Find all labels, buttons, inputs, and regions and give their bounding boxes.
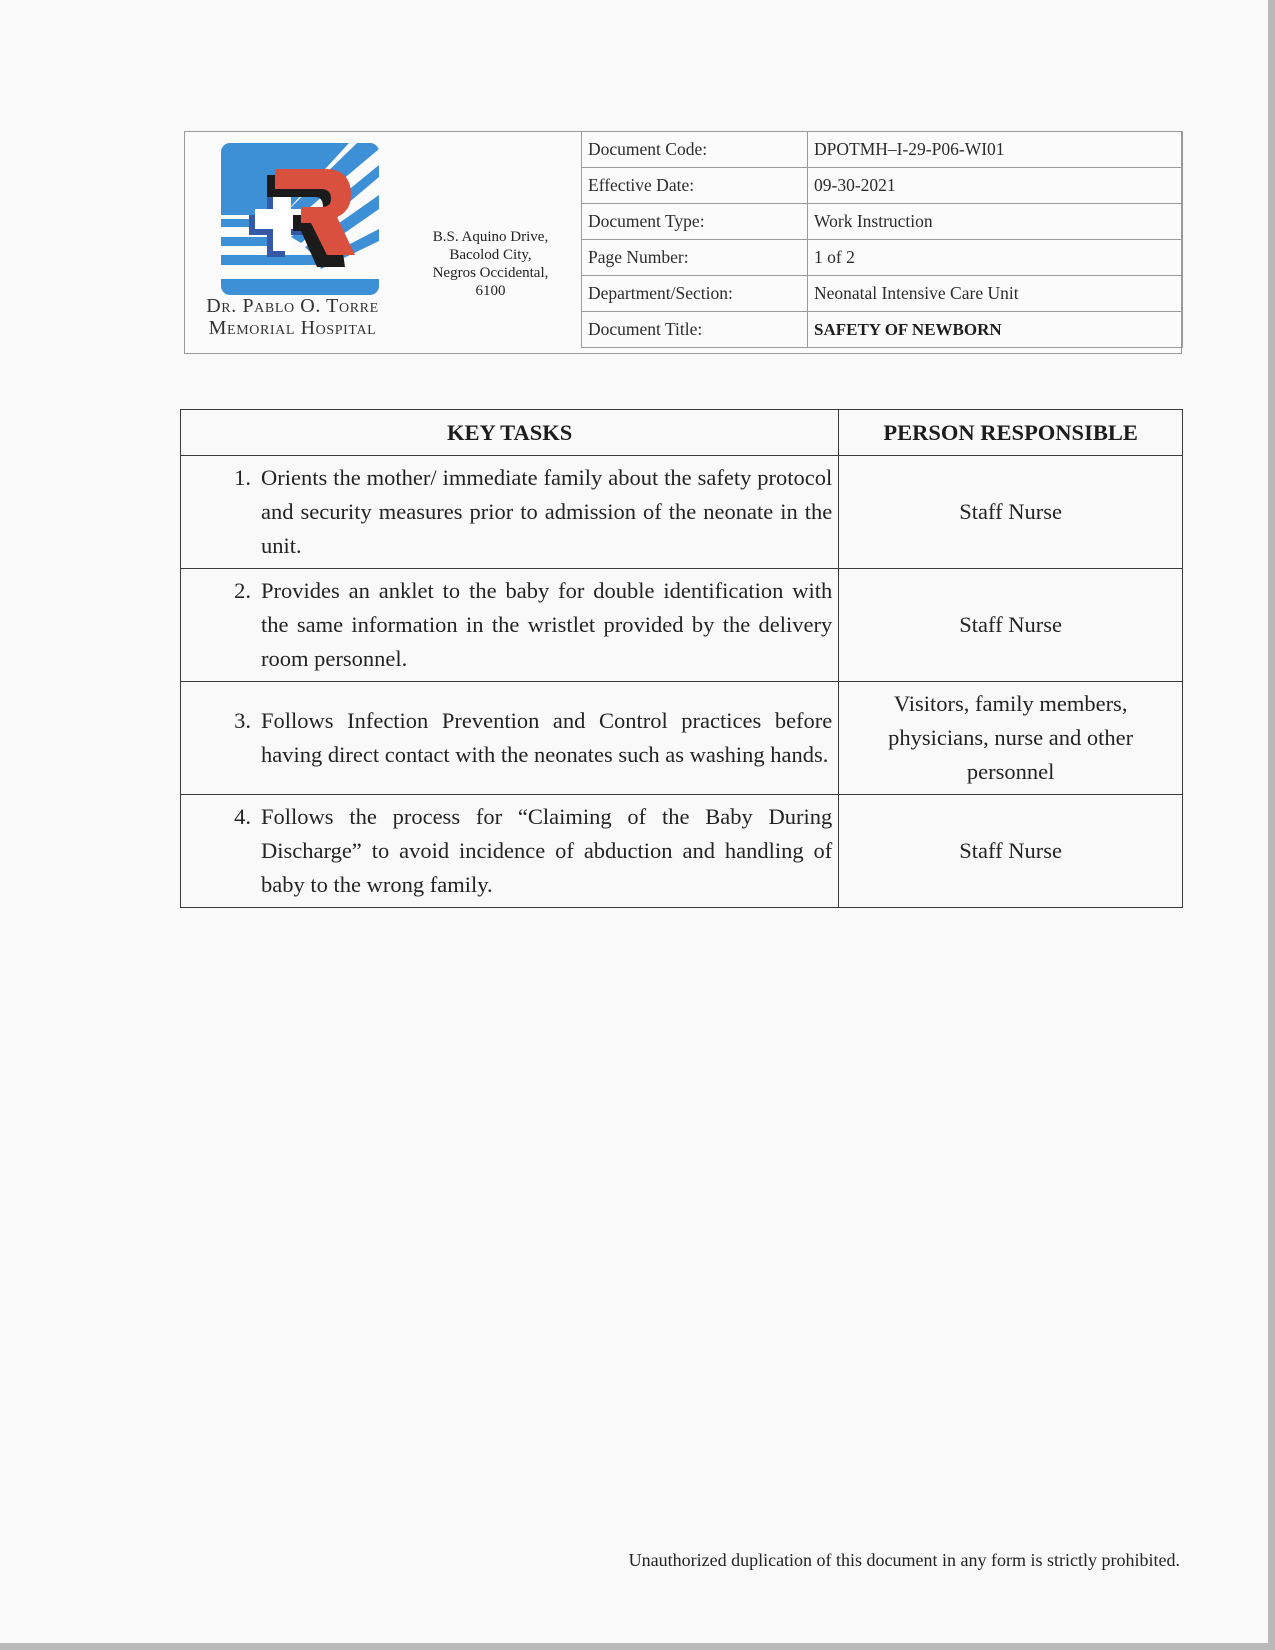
meta-row-effective-date: Effective Date: 09-30-2021 — [582, 168, 1183, 204]
task-text: Provides an anklet to the baby for doubl… — [261, 574, 832, 676]
task-number: 3. — [181, 704, 261, 738]
meta-row-document-code: Document Code: DPOTMH–I-29-P06-WI01 — [582, 132, 1183, 168]
task-text: Orients the mother/ immediate family abo… — [261, 461, 832, 563]
person-responsible-cell: Visitors, family members, physicians, nu… — [839, 682, 1183, 795]
table-row: 1. Orients the mother/ immediate family … — [181, 456, 1183, 569]
meta-label: Effective Date: — [582, 168, 808, 204]
table-row: 4. Follows the process for “Claiming of … — [181, 795, 1183, 908]
effective-date-value: 09-30-2021 — [808, 168, 1183, 204]
task-number: 1. — [181, 461, 261, 495]
person-responsible-cell: Staff Nurse — [839, 569, 1183, 682]
document-header: Dr. Pablo O. Torre Memorial Hospital B.S… — [184, 131, 1182, 354]
hospital-name-line2: Memorial Hospital — [185, 317, 400, 339]
hospital-cross-r-logo-icon — [221, 143, 379, 295]
person-responsible-cell: Staff Nurse — [839, 795, 1183, 908]
department-value: Neonatal Intensive Care Unit — [808, 276, 1183, 312]
document-meta-table: Document Code: DPOTMH–I-29-P06-WI01 Effe… — [581, 131, 1183, 348]
meta-label: Document Title: — [582, 312, 808, 348]
document-type-value: Work Instruction — [808, 204, 1183, 240]
task-number: 4. — [181, 800, 261, 834]
hospital-name: Dr. Pablo O. Torre Memorial Hospital — [185, 295, 400, 339]
meta-label: Document Type: — [582, 204, 808, 240]
hospital-name-line1: Dr. Pablo O. Torre — [185, 295, 400, 317]
document-code-value: DPOTMH–I-29-P06-WI01 — [808, 132, 1183, 168]
address-line: B.S. Aquino Drive, — [400, 228, 581, 246]
hospital-address: B.S. Aquino Drive, Bacolod City, Negros … — [400, 228, 581, 300]
page-number-value: 1 of 2 — [808, 240, 1183, 276]
task-number: 2. — [181, 574, 261, 608]
task-text: Follows the process for “Claiming of the… — [261, 800, 832, 902]
meta-row-document-type: Document Type: Work Instruction — [582, 204, 1183, 240]
document-title-value: SAFETY OF NEWBORN — [808, 312, 1183, 348]
task-cell: 4. Follows the process for “Claiming of … — [181, 795, 839, 908]
key-tasks-header: KEY TASKS — [181, 410, 839, 456]
hospital-branding: Dr. Pablo O. Torre Memorial Hospital — [185, 132, 400, 353]
person-responsible-header: PERSON RESPONSIBLE — [839, 410, 1183, 456]
person-responsible-cell: Staff Nurse — [839, 456, 1183, 569]
meta-row-page-number: Page Number: 1 of 2 — [582, 240, 1183, 276]
meta-row-document-title: Document Title: SAFETY OF NEWBORN — [582, 312, 1183, 348]
address-line: Bacolod City, — [400, 246, 581, 264]
document-page: Dr. Pablo O. Torre Memorial Hospital B.S… — [0, 0, 1268, 1643]
task-cell: 1. Orients the mother/ immediate family … — [181, 456, 839, 569]
meta-label: Page Number: — [582, 240, 808, 276]
key-tasks-table: KEY TASKS PERSON RESPONSIBLE 1. Orients … — [180, 409, 1183, 908]
address-line: Negros Occidental, — [400, 264, 581, 282]
duplication-notice: Unauthorized duplication of this documen… — [520, 1550, 1180, 1571]
table-row: 3. Follows Infection Prevention and Cont… — [181, 682, 1183, 795]
meta-label: Document Code: — [582, 132, 808, 168]
address-line: 6100 — [400, 282, 581, 300]
task-text: Follows Infection Prevention and Control… — [261, 704, 832, 772]
table-row: 2. Provides an anklet to the baby for do… — [181, 569, 1183, 682]
meta-label: Department/Section: — [582, 276, 808, 312]
table-header-row: KEY TASKS PERSON RESPONSIBLE — [181, 410, 1183, 456]
task-cell: 2. Provides an anklet to the baby for do… — [181, 569, 839, 682]
meta-row-department: Department/Section: Neonatal Intensive C… — [582, 276, 1183, 312]
task-cell: 3. Follows Infection Prevention and Cont… — [181, 682, 839, 795]
